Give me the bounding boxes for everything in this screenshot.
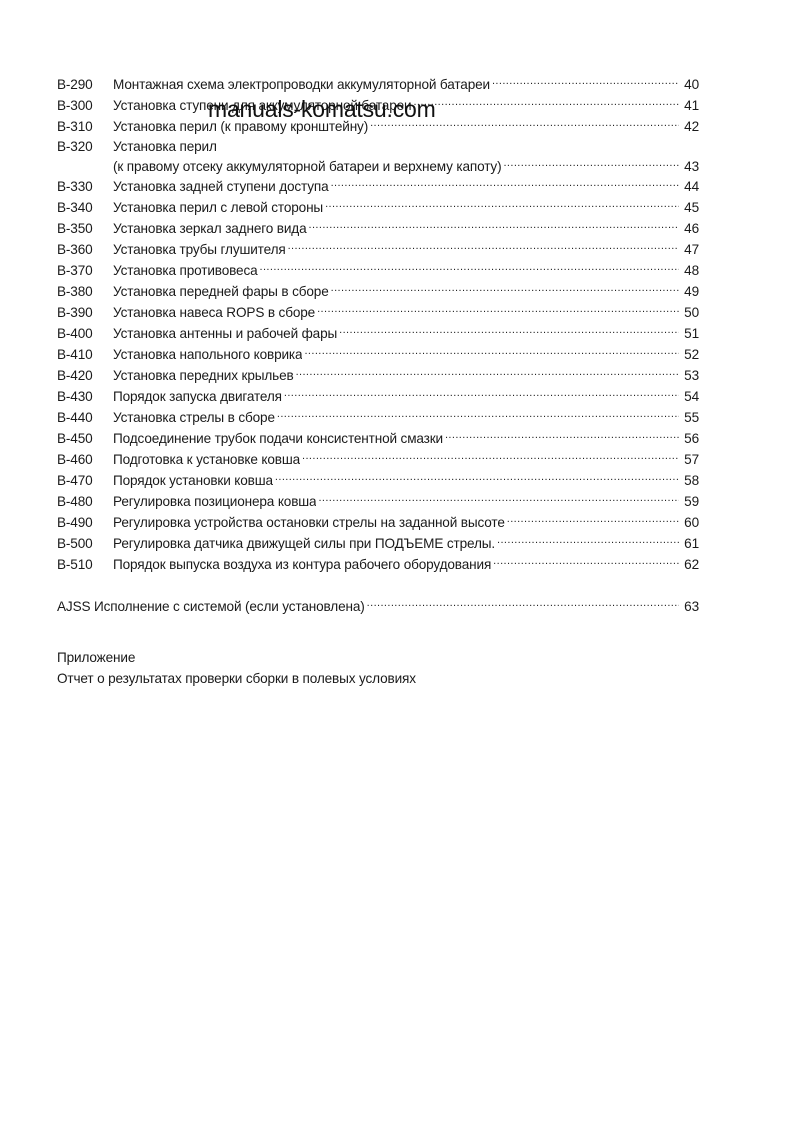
dot-leader	[497, 534, 679, 548]
toc-entry[interactable]: B-290Монтажная схема электропроводки акк…	[57, 74, 699, 95]
page-number: 54	[682, 386, 699, 407]
page-number: 53	[682, 365, 699, 386]
appendix-heading: Приложение	[57, 647, 416, 668]
page-number: 48	[682, 260, 699, 281]
dot-leader	[302, 450, 679, 464]
toc-entry[interactable]: B-510Порядок выпуска воздуха из контура …	[57, 554, 699, 575]
dot-leader	[507, 513, 679, 527]
dot-leader	[331, 282, 679, 296]
toc-entry-ajss[interactable]: AJSS Исполнение с системой (если установ…	[57, 596, 699, 617]
section-code: B-390	[57, 302, 113, 323]
section-title: Порядок выпуска воздуха из контура рабоч…	[113, 554, 491, 575]
page-number: 44	[682, 176, 699, 197]
page-number: 61	[682, 533, 699, 554]
section-code: B-380	[57, 281, 113, 302]
section-title: Установка стрелы в сборе	[113, 407, 275, 428]
page-number: 46	[682, 218, 699, 239]
toc-entry[interactable]: B-310Установка перил (к правому кронштей…	[57, 116, 699, 137]
dot-leader	[445, 429, 679, 443]
appendix-section: Приложение Отчет о результатах проверки …	[57, 647, 416, 689]
page-number: 63	[682, 596, 699, 617]
section-title: Установка перил (к правому кронштейну)	[113, 116, 368, 137]
section-code: B-510	[57, 554, 113, 575]
page-number: 40	[682, 74, 699, 95]
table-of-contents: B-290Монтажная схема электропроводки акк…	[57, 74, 699, 617]
section-code: B-430	[57, 386, 113, 407]
toc-entry[interactable]: B-420Установка передних крыльев53	[57, 365, 699, 386]
section-code: B-490	[57, 512, 113, 533]
toc-entry[interactable]: B-330Установка задней ступени доступа44	[57, 176, 699, 197]
section-code: B-470	[57, 470, 113, 491]
dot-leader	[317, 303, 679, 317]
section-title: Установка передней фары в сборе	[113, 281, 329, 302]
section-code: B-420	[57, 365, 113, 386]
toc-entry[interactable]: B-390Установка навеса ROPS в сборе50	[57, 302, 699, 323]
toc-entry[interactable]: B-490Регулировка устройства остановки ст…	[57, 512, 699, 533]
toc-entry[interactable]: B-350Установка зеркал заднего вида46	[57, 218, 699, 239]
section-code: B-330	[57, 176, 113, 197]
section-code: B-290	[57, 74, 113, 95]
page-number: 56	[682, 428, 699, 449]
section-title: Порядок установки ковша	[113, 470, 273, 491]
toc-entry[interactable]: B-450Подсоединение трубок подачи консист…	[57, 428, 699, 449]
page-number: 55	[682, 407, 699, 428]
section-title: Установка трубы глушителя	[113, 239, 286, 260]
section-title: Установка задней ступени доступа	[113, 176, 329, 197]
dot-leader	[275, 471, 679, 485]
dot-leader	[339, 324, 679, 338]
section-code: B-340	[57, 197, 113, 218]
toc-entry[interactable]: B-480Регулировка позиционера ковша59	[57, 491, 699, 512]
dot-leader	[277, 408, 679, 422]
page-number: 57	[682, 449, 699, 470]
page-number: 58	[682, 470, 699, 491]
dot-leader	[304, 345, 679, 359]
section-code: B-460	[57, 449, 113, 470]
section-title: Регулировка устройства остановки стрелы …	[113, 512, 505, 533]
page-number: 62	[682, 554, 699, 575]
section-code: B-480	[57, 491, 113, 512]
section-title-continued: (к правому отсеку аккумуляторной батареи…	[113, 157, 501, 177]
toc-entry[interactable]: B-320Установка перил(к правому отсеку ак…	[57, 137, 699, 176]
page-number: 52	[682, 344, 699, 365]
dot-leader	[309, 219, 680, 233]
page-number: 47	[682, 239, 699, 260]
section-code: B-360	[57, 239, 113, 260]
section-code: B-370	[57, 260, 113, 281]
section-title: Установка навеса ROPS в сборе	[113, 302, 315, 323]
section-title: Регулировка датчика движущей силы при ПО…	[113, 533, 495, 554]
dot-leader	[260, 261, 680, 275]
section-code: B-400	[57, 323, 113, 344]
toc-entry[interactable]: B-360Установка трубы глушителя47	[57, 239, 699, 260]
toc-entry[interactable]: B-340Установка перил с левой стороны45	[57, 197, 699, 218]
section-code: B-350	[57, 218, 113, 239]
section-title: Установка перил с левой стороны	[113, 197, 323, 218]
section-code: B-450	[57, 428, 113, 449]
page-number: 59	[682, 491, 699, 512]
section-code: B-310	[57, 116, 113, 137]
section-code: B-300	[57, 95, 113, 116]
page-number: 43	[682, 157, 699, 177]
section-title: Регулировка позиционера ковша	[113, 491, 316, 512]
section-title: AJSS Исполнение с системой (если установ…	[57, 596, 365, 617]
section-title: Установка антенны и рабочей фары	[113, 323, 337, 344]
dot-leader	[296, 366, 679, 380]
section-title: Монтажная схема электропроводки аккумуля…	[113, 74, 490, 95]
toc-entry[interactable]: B-380Установка передней фары в сборе49	[57, 281, 699, 302]
section-title: Порядок запуска двигателя	[113, 386, 282, 407]
toc-entry[interactable]: B-410Установка напольного коврика52	[57, 344, 699, 365]
section-code: B-410	[57, 344, 113, 365]
section-code: B-440	[57, 407, 113, 428]
section-title: Установка передних крыльев	[113, 365, 294, 386]
toc-entry[interactable]: B-430Порядок запуска двигателя54	[57, 386, 699, 407]
toc-entry[interactable]: B-470Порядок установки ковша58	[57, 470, 699, 491]
section-title: Установка зеркал заднего вида	[113, 218, 307, 239]
page-number: 60	[682, 512, 699, 533]
page-number: 49	[682, 281, 699, 302]
dot-leader	[370, 117, 679, 131]
document-page: B-290Монтажная схема электропроводки акк…	[0, 0, 793, 1123]
appendix-item: Отчет о результатах проверки сборки в по…	[57, 668, 416, 689]
dot-leader	[318, 492, 679, 506]
dot-leader	[492, 75, 679, 89]
dot-leader	[284, 387, 679, 401]
section-title: Установка перил	[113, 137, 217, 157]
section-title: Установка напольного коврика	[113, 344, 302, 365]
dot-leader	[493, 555, 679, 569]
dot-leader	[413, 96, 679, 110]
toc-entry[interactable]: B-370Установка противовеса48	[57, 260, 699, 281]
section-title: Установка ступени для аккумуляторной бат…	[113, 95, 411, 116]
section-code: B-320	[57, 137, 113, 157]
page-number: 51	[682, 323, 699, 344]
toc-entry[interactable]: B-300Установка ступени для аккумуляторно…	[57, 95, 699, 116]
toc-entry[interactable]: B-400Установка антенны и рабочей фары51	[57, 323, 699, 344]
dot-leader	[331, 177, 679, 191]
dot-leader	[288, 240, 679, 254]
dot-leader	[325, 198, 679, 212]
page-number: 45	[682, 197, 699, 218]
section-title: Подсоединение трубок подачи консистентно…	[113, 428, 443, 449]
toc-entry[interactable]: B-500Регулировка датчика движущей силы п…	[57, 533, 699, 554]
dot-leader	[367, 597, 679, 611]
section-title: Установка противовеса	[113, 260, 258, 281]
page-number: 42	[682, 116, 699, 137]
page-number: 41	[682, 95, 699, 116]
dot-leader	[503, 157, 679, 171]
section-code: B-500	[57, 533, 113, 554]
toc-entry[interactable]: B-460Подготовка к установке ковша57	[57, 449, 699, 470]
toc-entry[interactable]: B-440Установка стрелы в сборе55	[57, 407, 699, 428]
page-number: 50	[682, 302, 699, 323]
section-title: Подготовка к установке ковша	[113, 449, 300, 470]
